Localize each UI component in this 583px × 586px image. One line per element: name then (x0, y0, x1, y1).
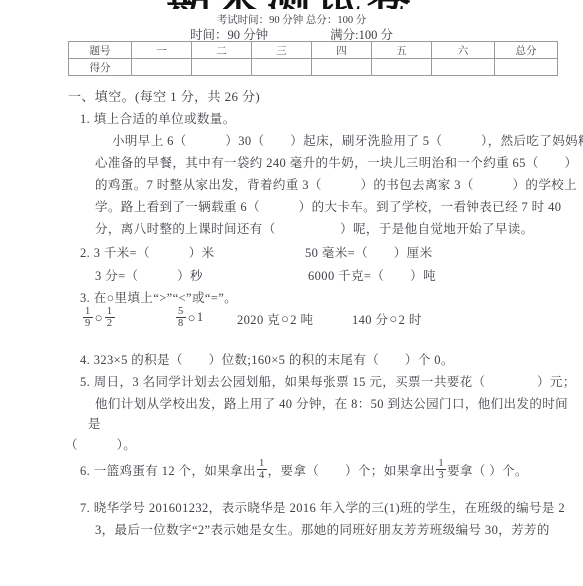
score-table-blank-cell (432, 59, 495, 76)
fraction-numerator: 5 (176, 306, 186, 318)
q7-line-1: 7. 晓华学号 201601232，表示晓华是 2016 年入学的三(1)班的学… (80, 498, 565, 516)
score-table-blank-cell (495, 59, 558, 76)
q2-col2-row1: 50 毫米=（ ）厘米 (305, 243, 432, 261)
q3-compare-fractions-1: 19 ○ 12 (82, 306, 116, 329)
q5-line-3: 是 (88, 414, 101, 432)
q1-line-4: 学。路上看到了一辆载重 6（ ）的大卡车。到了学校，一看钟表已经 7 时 40 (95, 197, 561, 215)
score-table-blank-cell (312, 59, 372, 76)
fraction-1-4: 14 (257, 458, 267, 481)
q6-part-1: 6. 一篮鸡蛋有 12 个，如果拿出 (80, 461, 256, 479)
q4-line: 4. 323×5 的积是（ ）位数;160×5 的积的末尾有（ ）个 0。 (80, 350, 454, 368)
q5-line-4: （ ）。 (65, 435, 136, 453)
q2-col2-row2: 6000 千克=（ ）吨 (308, 266, 436, 284)
score-table-cell-score-label: 得分 (69, 59, 132, 76)
fraction-denominator: 9 (83, 318, 93, 329)
compare-circle: ○ (281, 311, 289, 327)
q1-line-5: 分，离八时整的上课时间还有（ ）呢，于是他自觉地开始了早读。 (95, 219, 534, 237)
fraction-denominator: 4 (257, 470, 267, 481)
paper-title-clipped: 期末测试卷 (0, 0, 583, 9)
score-table-cell-4: 四 (312, 42, 372, 59)
paper-title-text: 期末测试卷 (167, 0, 417, 9)
section-1-heading: 一、填空。(每空 1 分，共 26 分) (68, 86, 260, 105)
compare-left: 140 分 (352, 310, 388, 328)
score-table-score-row: 得分 (69, 59, 558, 76)
q1-lead: 1. 填上合适的单位或数量。 (80, 109, 236, 127)
score-table-cell-qno: 题号 (69, 42, 132, 59)
compare-left: 2020 克 (237, 310, 280, 328)
q1-line-1: 小明早上 6（ ）30（ ）起床，刷牙洗脸用了 5（ ），然后吃了妈妈精 (112, 131, 583, 149)
compare-right: 2 吨 (290, 310, 313, 328)
fraction-5-8: 58 (176, 306, 186, 329)
score-table-cell-3: 三 (252, 42, 312, 59)
q5-line-1: 5. 周日，3 名同学计划去公园划船，如果每张票 15 元，买票一共要花（ ）元… (80, 372, 576, 390)
fraction-numerator: 1 (436, 458, 446, 470)
fraction-numerator: 1 (257, 458, 267, 470)
compare-circle: ○ (188, 310, 196, 326)
score-table-blank-cell (132, 59, 192, 76)
score-table-cell-total: 总分 (495, 42, 558, 59)
fraction-numerator: 1 (105, 306, 115, 318)
score-table-cell-2: 二 (192, 42, 252, 59)
exam-paper-page: 期末测试卷 考试时间：90 分钟 总分：100 分 时间：90 分钟 满分:10… (0, 0, 583, 586)
q2-col1-row2: 3 分=（ ）秒 (95, 266, 203, 284)
fraction-1-9: 19 (83, 306, 93, 329)
q5-line-2: 他们计划从学校出发，路上用了 40 分钟，在 8：50 到达公园门口，他们出发的… (95, 394, 568, 412)
score-table-cell-6: 六 (432, 42, 495, 59)
q6-part-2: ，要拿（ ）个；如果拿出 (268, 461, 436, 479)
q6-line: 6. 一篮鸡蛋有 12 个，如果拿出 14 ，要拿（ ）个；如果拿出 13 要拿… (80, 458, 528, 481)
compare-circle: ○ (389, 311, 397, 327)
q1-line-3: 的鸡蛋。7 时整从家出发，背着约重 3（ ）的书包去离家 3（ ）的学校上 (95, 175, 577, 193)
score-table-blank-cell (192, 59, 252, 76)
q3-lead: 3. 在○里填上“>”“<”或“=”。 (80, 288, 237, 306)
compare-right: 2 时 (399, 310, 422, 328)
fraction-denominator: 2 (105, 318, 115, 329)
score-table-cell-5: 五 (372, 42, 432, 59)
compare-circle: ○ (95, 310, 103, 326)
score-table-cell-1: 一 (132, 42, 192, 59)
compare-value: 1 (197, 310, 204, 325)
q3-compare-units-2: 140 分 ○ 2 时 (352, 310, 422, 328)
q3-compare-fractions-2: 58 ○ 1 (175, 306, 204, 329)
fraction-1-3: 13 (436, 458, 446, 481)
fraction-numerator: 1 (83, 306, 93, 318)
q1-line-2: 心准备的早餐，其中有一袋约 240 毫升的牛奶，一块儿三明治和一个约重 65（ … (95, 153, 577, 171)
score-table-blank-cell (372, 59, 432, 76)
score-table: 题号 一 二 三 四 五 六 总分 得分 (68, 41, 558, 76)
q3-compare-units-1: 2020 克 ○ 2 吨 (237, 310, 313, 328)
score-table-header-row: 题号 一 二 三 四 五 六 总分 (69, 42, 558, 59)
fraction-denominator: 3 (436, 470, 446, 481)
fraction-1-2: 12 (105, 306, 115, 329)
q7-line-2: 3，最后一位数字“2”表示她是女生。那她的同班好朋友芳芳班级编号 30，芳芳的 (95, 520, 550, 538)
q2-col1-row1: 2. 3 千米=（ ）米 (80, 243, 215, 261)
q6-part-3: 要拿（ ）个。 (447, 461, 528, 479)
score-table-blank-cell (252, 59, 312, 76)
fraction-denominator: 8 (176, 318, 186, 329)
